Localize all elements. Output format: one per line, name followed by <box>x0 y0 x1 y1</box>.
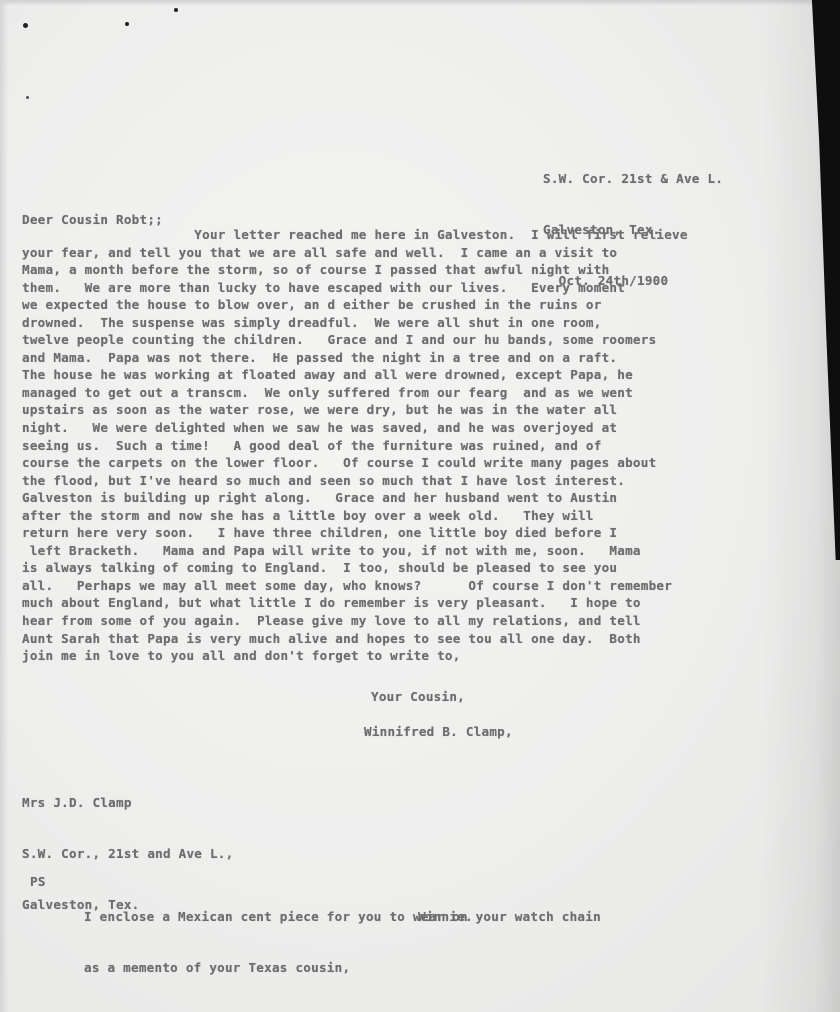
salutation: Deer Cousin Robt;; <box>22 212 163 227</box>
body-line: drowned. The suspense was simply dreadfu… <box>22 314 688 332</box>
signature: Winnifred B. Clamp, <box>364 724 513 739</box>
postscript-line: I enclose a Mexican cent piece for you t… <box>84 908 601 925</box>
scan-top-shadow <box>0 0 840 6</box>
body-line: join me in love to you all and don't for… <box>22 647 688 665</box>
body-line: twelve people counting the children. Gra… <box>22 331 688 349</box>
body-line: Aunt Sarah that Papa is very much alive … <box>22 630 688 648</box>
body-line: return here very soon. I have three chil… <box>22 524 688 542</box>
body-line: them. We are more than lucky to have esc… <box>22 279 688 297</box>
paper-speck <box>174 8 178 12</box>
paper-speck <box>26 96 29 99</box>
paper-speck <box>23 23 28 28</box>
body-line: Mama, a month before the storm, so of co… <box>22 261 688 279</box>
body-line: course the carpets on the lower floor. O… <box>22 454 688 472</box>
sender-name: Mrs J.D. Clamp <box>22 794 233 811</box>
body-line: upstairs as soon as the water rose, we w… <box>22 401 688 419</box>
paper-speck <box>125 22 129 26</box>
body-line: night. We were delighted when we saw he … <box>22 419 688 437</box>
letter-body: Your letter reached me here in Galveston… <box>22 226 688 665</box>
sender-address-line: S.W. Cor., 21st and Ave L., <box>22 845 233 862</box>
postscript-line: as a memento of your Texas cousin, <box>84 959 601 976</box>
body-line: hear from some of you again. Please give… <box>22 612 688 630</box>
body-line: your fear, and tell you that we are all … <box>22 244 688 262</box>
body-line: we expected the house to blow over, an d… <box>22 296 688 314</box>
body-line: all. Perhaps we may all meet some day, w… <box>22 577 688 595</box>
body-line: managed to get out a transcm. We only su… <box>22 384 688 402</box>
body-line: after the storm and now she has a little… <box>22 507 688 525</box>
body-line: much about England, but what little I do… <box>22 594 688 612</box>
scan-left-shadow <box>0 0 8 1012</box>
closing: Your Cousin, <box>371 689 465 704</box>
body-line: The house he was working at floated away… <box>22 366 688 384</box>
body-line: Your letter reached me here in Galveston… <box>22 226 688 244</box>
postscript-signoff: Winnie. <box>418 909 473 924</box>
body-line: seeing us. Such a time! A good deal of t… <box>22 437 688 455</box>
body-line: Galveston is building up right along. Gr… <box>22 489 688 507</box>
header-address-line: S.W. Cor. 21st & Ave L. <box>543 170 723 187</box>
body-line: the flood, but I've heard so much and se… <box>22 472 688 490</box>
body-line: and Mama. Papa was not there. He passed … <box>22 349 688 367</box>
body-line: left Bracketh. Mama and Papa will write … <box>22 542 688 560</box>
body-line: is always talking of coming to England. … <box>22 559 688 577</box>
postscript-text: I enclose a Mexican cent piece for you t… <box>84 874 601 993</box>
postscript-label: PS <box>30 874 46 889</box>
